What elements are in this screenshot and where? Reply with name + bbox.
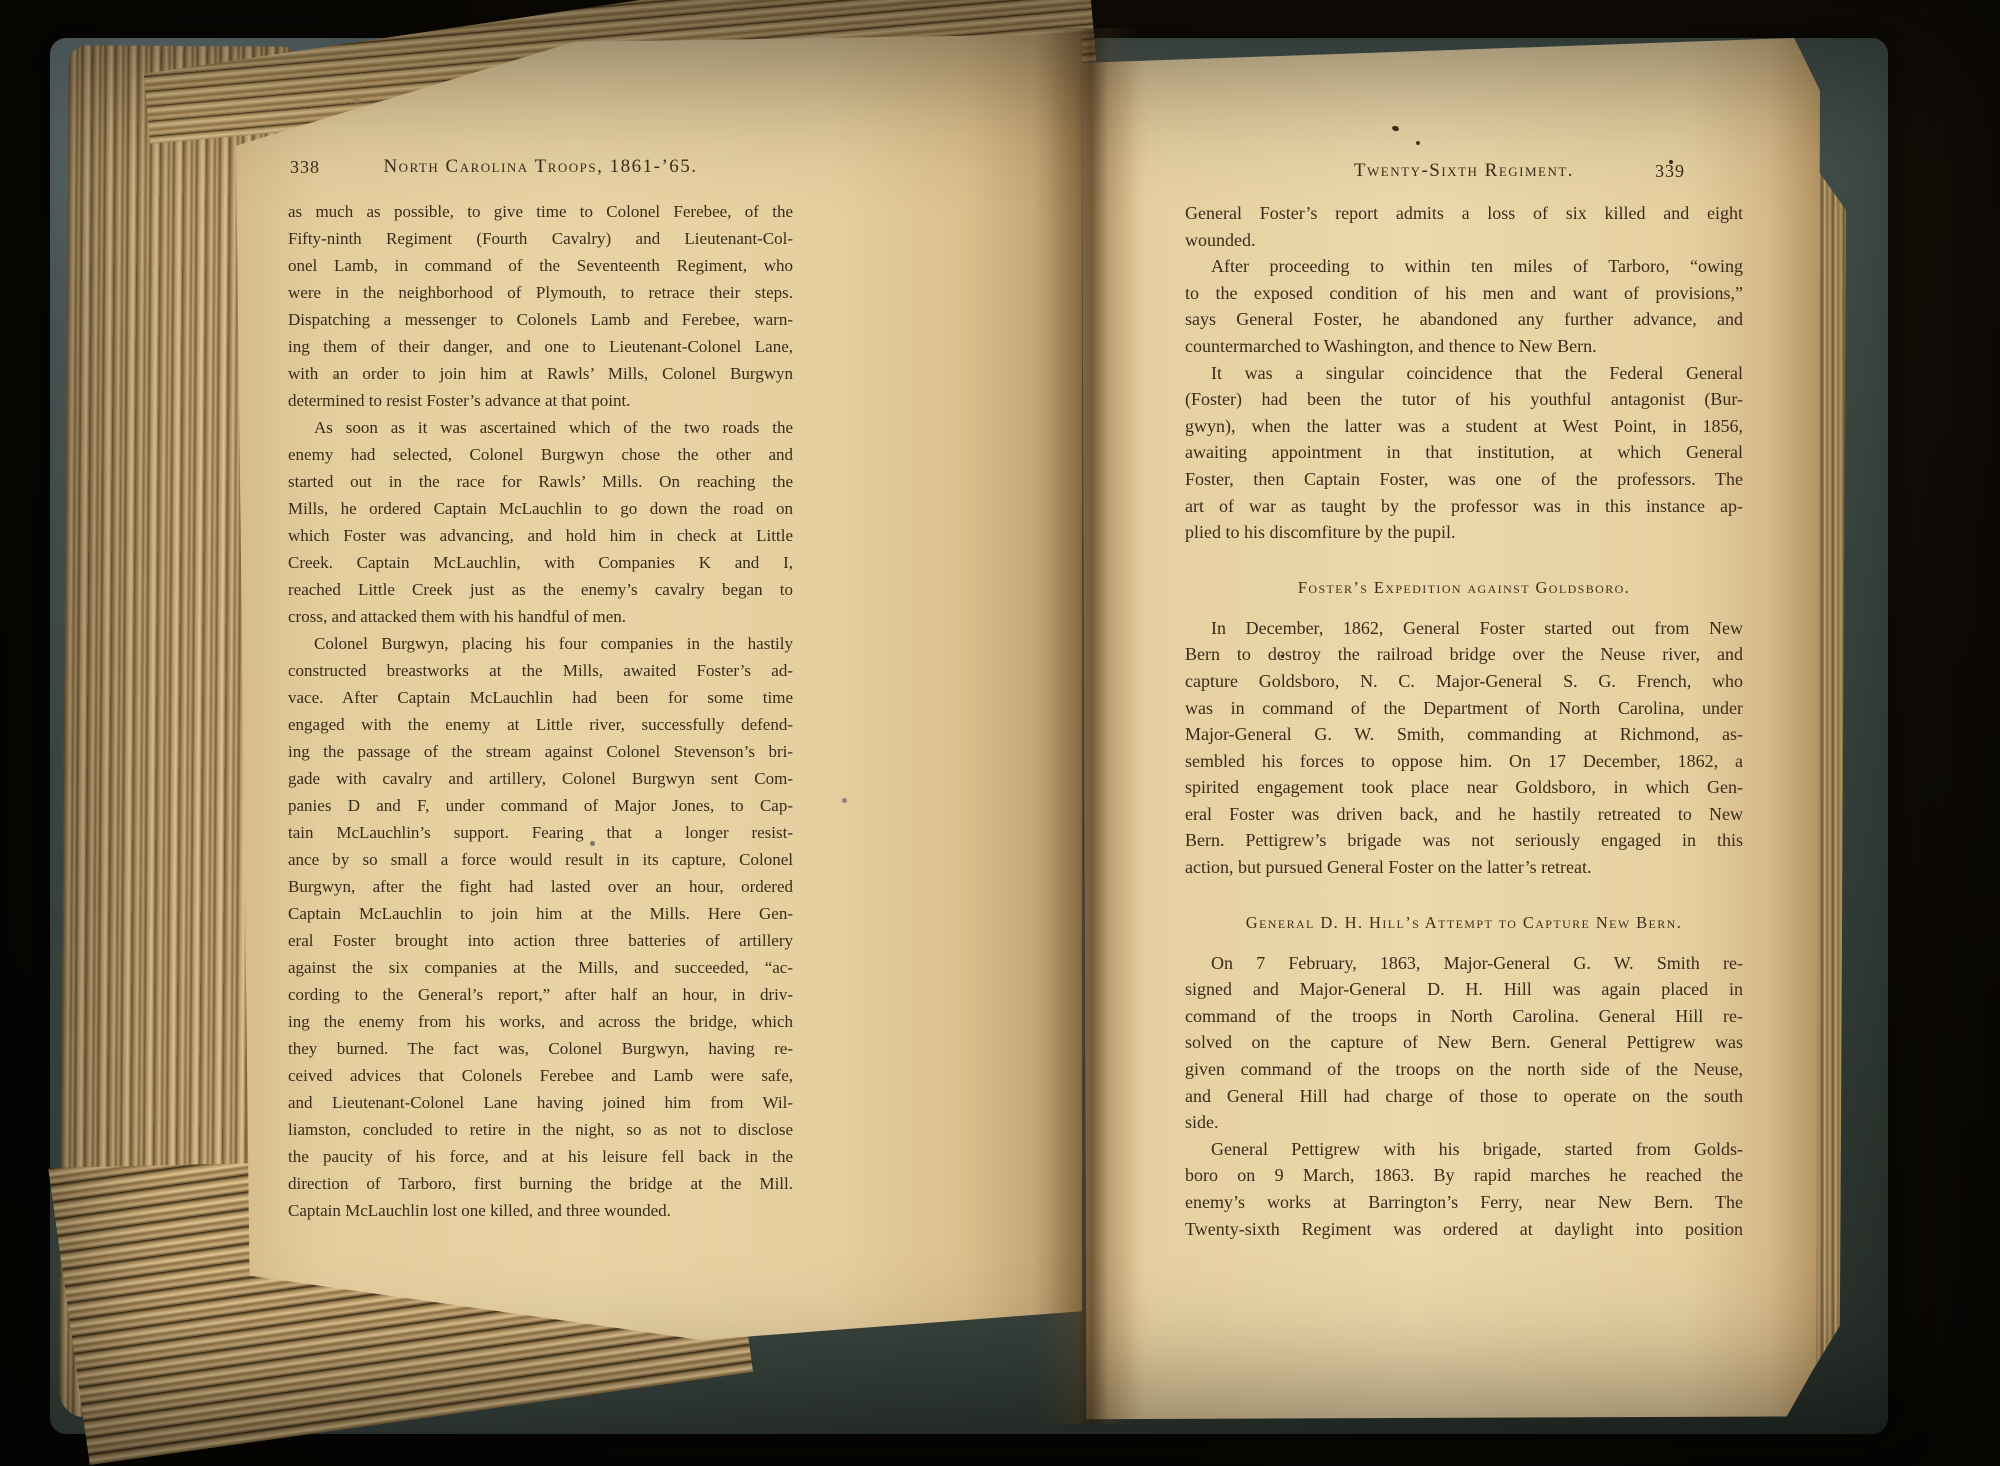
text-line: onel Lamb, in command of the Seventeenth… [288,252,793,279]
text-line: against the six companies at the Mills, … [288,954,793,981]
text-line: Twenty-sixth Regiment was ordered at day… [1185,1216,1743,1243]
paragraph: Colonel Burgwyn, placing his four compan… [288,630,793,1224]
running-title: North Carolina Troops, 1861-’65. [288,156,793,178]
text-line: the paucity of his force, and at his lei… [288,1143,793,1170]
text-line: they burned. The fact was, Colonel Burgw… [288,1035,793,1062]
paragraph: General Foster’s report admits a loss of… [1185,200,1743,253]
text-line: direction of Tarboro, first burning the … [288,1170,793,1197]
text-line: Colonel Burgwyn, placing his four compan… [288,630,793,657]
text-line: which Foster was advancing, and hold him… [288,522,793,549]
page-number: 338 [290,157,320,178]
text-line: cording to the General’s report,” after … [288,981,793,1008]
text-line: General Pettigrew with his brigade, star… [1185,1136,1743,1163]
text-line: with an order to join him at Rawls’ Mill… [288,360,793,387]
paragraph: General Pettigrew with his brigade, star… [1185,1136,1743,1242]
text-line: determined to resist Foster’s advance at… [288,387,793,414]
foxing-spot [333,374,337,378]
text-line: side. [1185,1109,1743,1136]
text-line: ing the passage of the stream against Co… [288,738,793,765]
text-line: Dispatching a messenger to Colonels Lamb… [288,306,793,333]
text-line: On 7 February, 1863, Major-General G. W.… [1185,950,1743,977]
text-line: as much as possible, to give time to Col… [288,198,793,225]
text-line: enemy had selected, Colonel Burgwyn chos… [288,441,793,468]
paragraph: In December, 1862, General Foster starte… [1185,615,1743,881]
text-line: General Foster’s report admits a loss of… [1185,200,1743,227]
text-line: signed and Major-General D. H. Hill was … [1185,976,1743,1003]
text-line: Captain McLauchlin lost one killed, and … [288,1197,793,1224]
text-line: to the exposed condition of his men and … [1185,280,1743,307]
foxing-spot [842,798,847,803]
text-line: constructed breastworks at the Mills, aw… [288,657,793,684]
foxing-spot [1669,160,1673,164]
text-line: Captain McLauchlin to join him at the Mi… [288,900,793,927]
text-line: After proceeding to within ten miles of … [1185,253,1743,280]
text-line: given command of the troops on the north… [1185,1056,1743,1083]
text-line: panies D and F, under command of Major J… [288,792,793,819]
page-body: as much as possible, to give time to Col… [288,198,793,1224]
section-heading: General D. H. Hill’s Attempt to Capture … [1185,911,1743,934]
text-line: Creek. Captain McLauchlin, with Companie… [288,549,793,576]
text-line: ing the enemy from his works, and across… [288,1008,793,1035]
running-header: 338 North Carolina Troops, 1861-’65. [288,156,793,182]
text-line: wounded. [1185,227,1743,254]
text-line: and General Hill had charge of those to … [1185,1083,1743,1110]
text-line: plied to his discomfiture by the pupil. [1185,519,1743,546]
text-line: solved on the capture of New Bern. Gener… [1185,1029,1743,1056]
section-heading: Foster’s Expedition against Goldsboro. [1185,576,1743,599]
text-line: Bern. Pettigrew’s brigade was not seriou… [1185,827,1743,854]
page-gutter [1034,28,1138,1424]
text-line: boro on 9 March, 1863. By rapid marches … [1185,1162,1743,1189]
foxing-spot [352,96,361,103]
page-number: 339 [1655,161,1685,182]
text-line: ing them of their danger, and one to Lie… [288,333,793,360]
text-line: Burgwyn, after the fight had lasted over… [288,873,793,900]
text-line: ance by so small a force would result in… [288,846,793,873]
paragraph: As soon as it was ascertained which of t… [288,414,793,630]
text-line: Foster, then Captain Foster, was one of … [1185,466,1743,493]
text-line: awaiting appointment in that institution… [1185,439,1743,466]
foxing-spot [1281,655,1284,658]
paragraph: as much as possible, to give time to Col… [288,198,793,414]
text-line: command of the troops in North Carolina.… [1185,1003,1743,1030]
text-line: reached Little Creek just as the enemy’s… [288,576,793,603]
text-line: eral Foster was driven back, and he hast… [1185,801,1743,828]
text-line: engaged with the enemy at Little river, … [288,711,793,738]
text-line: started out in the race for Rawls’ Mills… [288,468,793,495]
text-line: action, but pursued General Foster on th… [1185,854,1743,881]
left-page: 338 North Carolina Troops, 1861-’65. as … [288,156,793,1224]
text-line: As soon as it was ascertained which of t… [288,414,793,441]
foxing-spot [590,841,595,846]
text-line: was in command of the Department of Nort… [1185,695,1743,722]
text-line: Major-General G. W. Smith, commanding at… [1185,721,1743,748]
text-line: cross, and attacked them with his handfu… [288,603,793,630]
text-line: liamston, concluded to retire in the nig… [288,1116,793,1143]
text-line: In December, 1862, General Foster starte… [1185,615,1743,642]
text-line: tain McLauchlin’s support. Fearing that … [288,819,793,846]
text-line: gade with cavalry and artillery, Colonel… [288,765,793,792]
text-line: (Foster) had been the tutor of his youth… [1185,386,1743,413]
paragraph: After proceeding to within ten miles of … [1185,253,1743,359]
right-page: Twenty-Sixth Regiment. 339 General Foste… [1185,160,1743,1242]
paragraph: On 7 February, 1863, Major-General G. W.… [1185,950,1743,1136]
text-line: art of war as taught by the professor wa… [1185,493,1743,520]
paragraph: It was a singular coincidence that the F… [1185,360,1743,546]
text-line: gwyn), when the latter was a student at … [1185,413,1743,440]
text-line: vace. After Captain McLauchlin had been … [288,684,793,711]
text-line: sembled his forces to oppose him. On 17 … [1185,748,1743,775]
foxing-spot [1416,141,1420,145]
running-header: Twenty-Sixth Regiment. 339 [1185,160,1743,186]
text-line: and Lieutenant-Colonel Lane having joine… [288,1089,793,1116]
text-line: eral Foster brought into action three ba… [288,927,793,954]
text-line: Mills, he ordered Captain McLauchlin to … [288,495,793,522]
text-line: enemy’s works at Barrington’s Ferry, nea… [1185,1189,1743,1216]
text-line: spirited engagement took place near Gold… [1185,774,1743,801]
text-line: were in the neighborhood of Plymouth, to… [288,279,793,306]
text-line: It was a singular coincidence that the F… [1185,360,1743,387]
text-line: says General Foster, he abandoned any fu… [1185,306,1743,333]
text-line: countermarched to Washington, and thence… [1185,333,1743,360]
text-line: Bern to destroy the railroad bridge over… [1185,641,1743,668]
book-photo: 338 North Carolina Troops, 1861-’65. as … [0,0,2000,1466]
text-line: ceived advices that Colonels Ferebee and… [288,1062,793,1089]
page-body: General Foster’s report admits a loss of… [1185,200,1743,1242]
text-line: capture Goldsboro, N. C. Major-General S… [1185,668,1743,695]
text-line: Fifty-ninth Regiment (Fourth Cavalry) an… [288,225,793,252]
